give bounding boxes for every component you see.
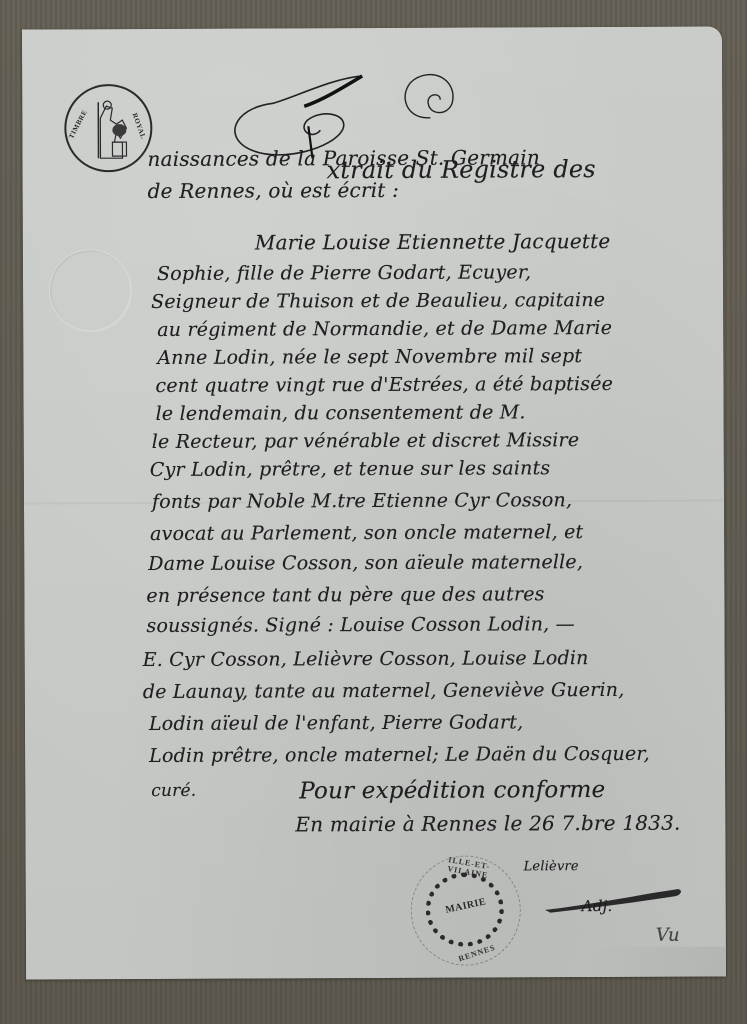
text-line-18: de Launay, tante au maternel, Geneviève … [143, 679, 625, 703]
text-line-11: Cyr Lodin, prêtre, et tenue sur les sain… [150, 457, 551, 481]
certification-line-2: En mairie à Rennes le 26 7.bre 1833. [295, 811, 680, 837]
text-line-6: au régiment de Normandie, et de Dame Mar… [157, 317, 612, 341]
marginal-note: Vu [656, 925, 680, 946]
text-line-15: en présence tant du père que des autres [146, 583, 544, 607]
mairie-rennes-seal: ILLE-ET-VILAINE MAIRIE RENNES [411, 855, 521, 965]
document-page: TIMBRE ROYAL xtrait du Registre des nais… [22, 26, 726, 979]
paper-shadow [586, 946, 726, 977]
signature-name: Lelièvre [524, 859, 579, 874]
seated-figure-icon [92, 98, 128, 160]
text-line-7: Anne Lodin, née le sept Novembre mil sep… [157, 345, 582, 369]
text-line-17: E. Cyr Cosson, Lelièvre Cosson, Louise L… [143, 647, 589, 671]
text-line-19: Lodin aïeul de l'enfant, Pierre Godart, [149, 711, 523, 735]
text-line-1: naissances de la Paroisse St. Germain [147, 145, 540, 171]
text-line-14: Dame Louise Cosson, son aïeule maternell… [148, 551, 583, 575]
certification-line-1: Pour expédition conforme [299, 777, 605, 804]
timbre-left-label: TIMBRE [67, 109, 89, 141]
text-line-20: Lodin prêtre, oncle maternel; Le Daën du… [149, 743, 650, 767]
text-line-13: avocat au Parlement, son oncle maternel,… [150, 521, 583, 545]
text-line-16: soussignés. Signé : Louise Cosson Lodin,… [146, 613, 574, 637]
text-line-12: fonts par Noble M.tre Etienne Cyr Cosson… [152, 489, 572, 513]
text-line-8: cent quatre vingt rue d'Estrées, a été b… [155, 373, 613, 397]
timbre-royal-stamp: TIMBRE ROYAL [64, 84, 152, 172]
text-line-3: Marie Louise Etiennette Jacquette [255, 229, 611, 255]
text-line-2: de Rennes, où est écrit : [148, 178, 399, 203]
text-line-9: le lendemain, du consentement de M. [156, 401, 526, 425]
embossed-seal [49, 249, 131, 331]
signature-abbrev: Adj. [582, 897, 613, 915]
text-line-4: Sophie, fille de Pierre Godart, Ecuyer, [157, 261, 531, 285]
text-line-5: Seigneur de Thuison et de Beaulieu, capi… [151, 289, 605, 313]
text-line-10: le Recteur, par vénérable et discret Mis… [152, 429, 580, 453]
text-line-21: curé. [151, 781, 196, 801]
timbre-right-label: ROYAL [130, 112, 147, 140]
